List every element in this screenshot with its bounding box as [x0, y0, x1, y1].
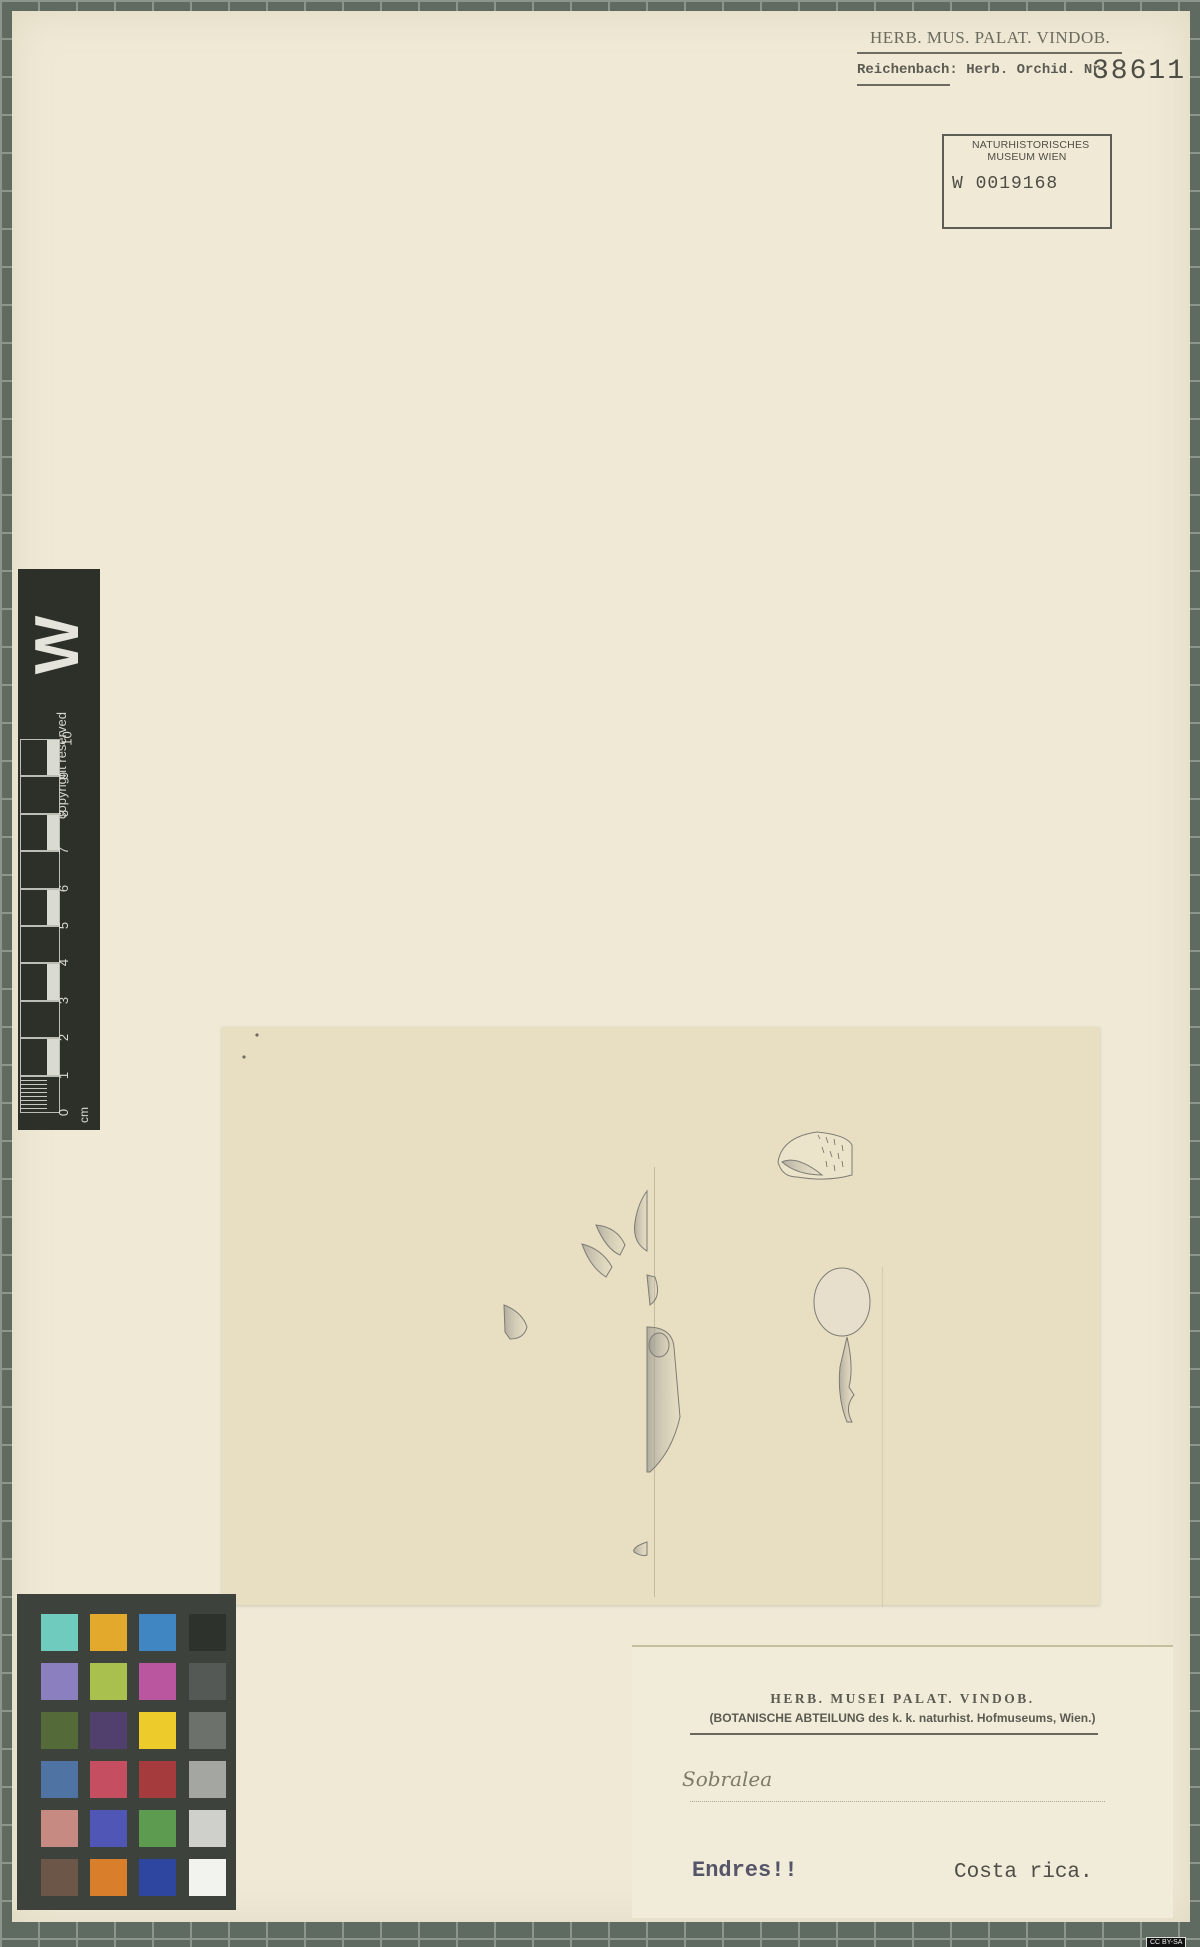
ruler-tick-label: 0	[56, 1109, 71, 1116]
divider	[690, 1733, 1098, 1735]
ruler-segment	[20, 1038, 60, 1075]
divider	[857, 84, 950, 86]
barcode-id: W 0019168	[952, 174, 1058, 194]
color-patch	[41, 1614, 78, 1651]
license-badge: CC BY-SA	[1146, 1937, 1186, 1947]
color-patch	[189, 1712, 226, 1749]
color-patch	[90, 1712, 127, 1749]
color-patch	[139, 1761, 176, 1798]
color-patch	[90, 1810, 127, 1847]
color-patch	[41, 1712, 78, 1749]
color-patch	[139, 1810, 176, 1847]
flower-sketches	[222, 1027, 1100, 1605]
color-patch	[41, 1761, 78, 1798]
color-patch	[139, 1614, 176, 1651]
color-patch	[189, 1761, 226, 1798]
ruler-tick-label: 7	[56, 847, 71, 854]
color-patch	[90, 1761, 127, 1798]
ruler-segment	[20, 851, 60, 888]
ruler-segment	[20, 814, 60, 851]
museum-barcode-stamp: NATURHISTORISCHES MUSEUM WIEN W 0019168	[942, 134, 1112, 229]
ruler-tick-label: 5	[56, 922, 71, 929]
ruler-segment	[20, 963, 60, 1000]
color-patch	[41, 1810, 78, 1847]
color-patch	[139, 1859, 176, 1896]
ruler-tick-label: 3	[56, 997, 71, 1004]
collection-line: Reichenbach: Herb. Orchid. Nr.	[857, 62, 1109, 78]
color-patch	[189, 1810, 226, 1847]
ruler-tick-label: 8	[56, 810, 71, 817]
color-patch	[90, 1859, 127, 1896]
ruler	[20, 739, 60, 1113]
ruler-tick-label: 6	[56, 884, 71, 891]
ruler-segment	[20, 739, 60, 776]
botanical-drawing	[222, 1027, 1100, 1605]
locality: Costa rica.	[954, 1861, 1093, 1884]
museum-name-text: NATURHISTORISCHES MUSEUM WIEN	[972, 139, 1082, 163]
divider	[857, 52, 1122, 54]
label-header: HERB. MUSEI PALAT. VINDOB.	[632, 1691, 1173, 1707]
ruler-segment	[20, 1001, 60, 1038]
ruler-segment	[20, 776, 60, 813]
ruler-tick-label: 1	[56, 1071, 71, 1078]
color-patch	[189, 1859, 226, 1896]
collection-number: 38611	[1092, 56, 1186, 87]
scale-bar: W copyright reserved cm 012345678910	[18, 569, 100, 1130]
color-patch	[189, 1614, 226, 1651]
color-patch	[90, 1663, 127, 1700]
color-patch	[90, 1614, 127, 1651]
specimen-label: HERB. MUSEI PALAT. VINDOB. (BOTANISCHE A…	[632, 1645, 1173, 1918]
color-patch	[139, 1712, 176, 1749]
collector: Endres!!	[692, 1858, 798, 1883]
label-subheader: (BOTANISCHE ABTEILUNG des k. k. naturhis…	[632, 1711, 1173, 1725]
unit-label: cm	[77, 1107, 91, 1123]
ruler-tick-label: 10	[60, 731, 75, 745]
color-patch	[41, 1859, 78, 1896]
institution-line: HERB. MUS. PALAT. VINDOB.	[870, 28, 1110, 48]
color-patch	[189, 1663, 226, 1700]
ruler-segment	[20, 926, 60, 963]
color-patch	[41, 1663, 78, 1700]
ruler-segment	[20, 889, 60, 926]
color-calibration-card	[17, 1594, 236, 1910]
dotted-line	[690, 1801, 1105, 1802]
museum-name: NATURHISTORISCHES MUSEUM WIEN	[944, 139, 1110, 163]
ruler-tick-label: 2	[56, 1034, 71, 1041]
color-patch	[139, 1663, 176, 1700]
taxon-name: Sobralea	[682, 1767, 772, 1791]
ruler-tick-label: 9	[56, 772, 71, 779]
ruler-segment	[20, 1076, 60, 1113]
ruler-tick-label: 4	[56, 959, 71, 966]
